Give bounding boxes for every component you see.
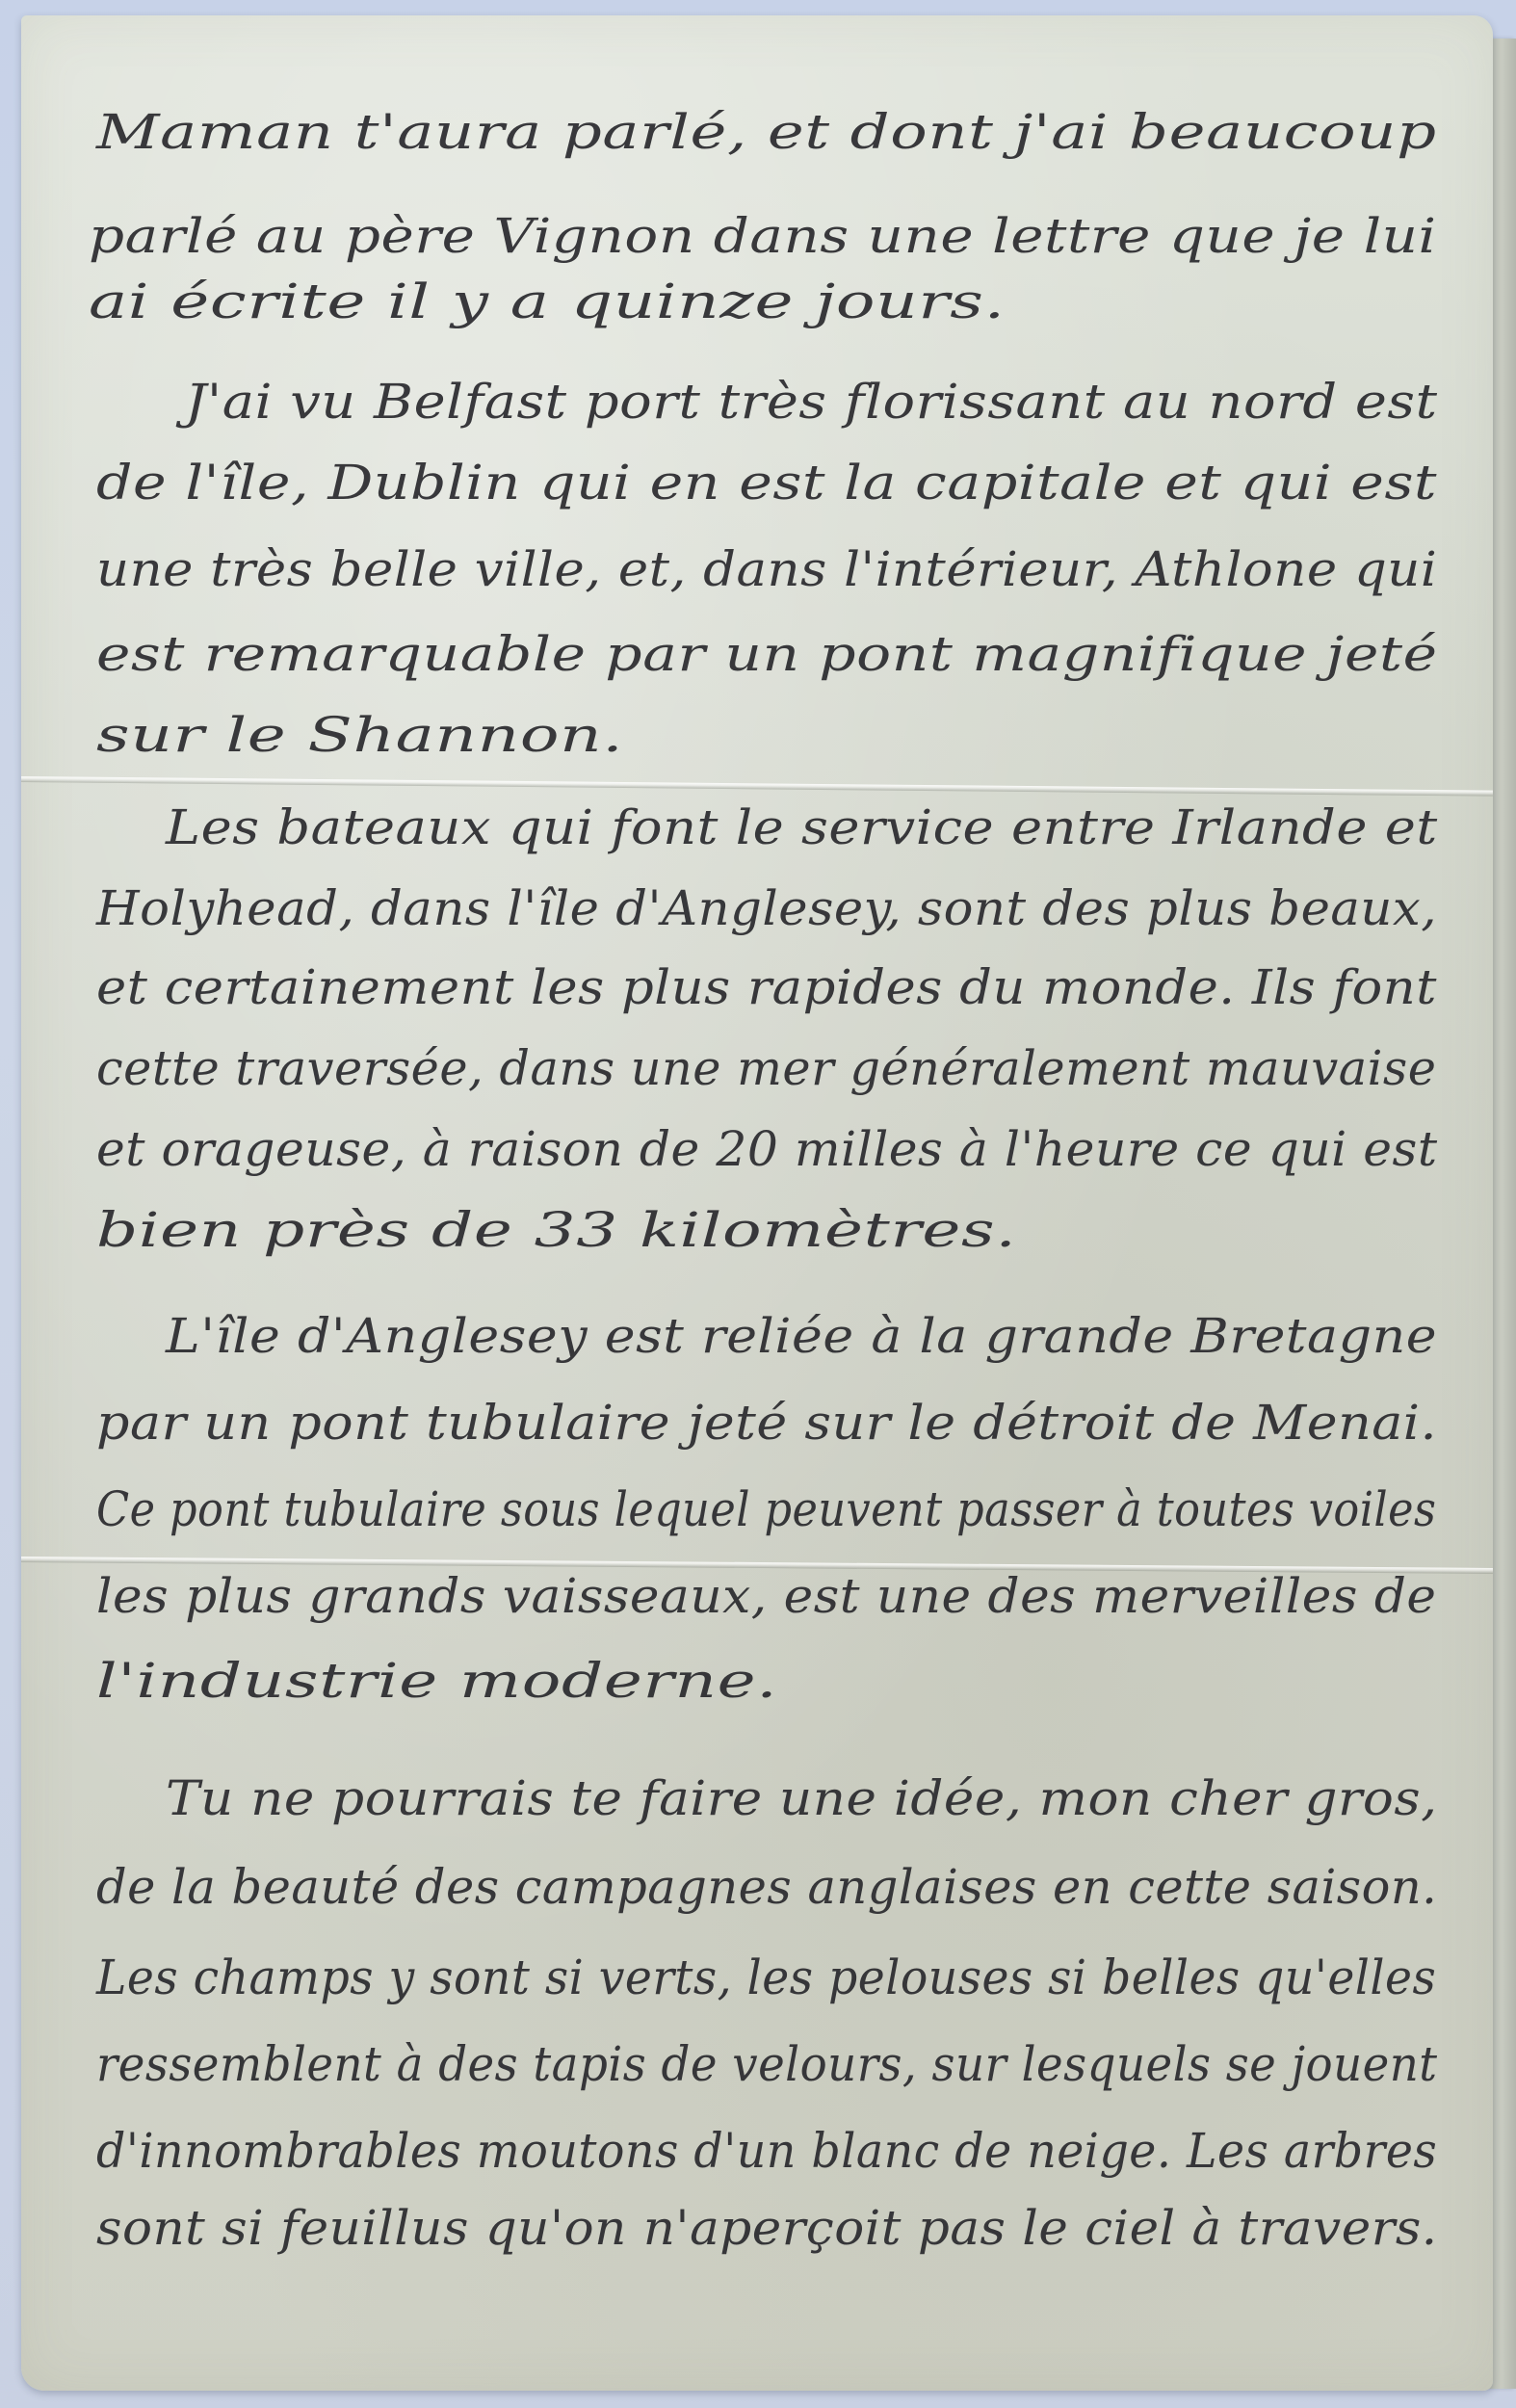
letter-line: cette traversée, dans une mer généraleme… [96,1040,1436,1096]
letter-line: bien près de 33 kilomètres. [96,1202,1016,1258]
letter-line: une très belle ville, et, dans l'intérie… [96,541,1437,597]
letter-line: Maman t'aura parlé, et dont j'ai beaucou… [96,104,1437,160]
letter-line: par un pont tubulaire jeté sur le détroi… [96,1395,1437,1451]
letter-line: et certainement les plus rapides du mond… [96,959,1437,1015]
letter-line: les plus grands vaisseaux, est une des m… [96,1568,1436,1624]
letter-line: sont si feuillus qu'on n'aperçoit pas le… [96,2200,1438,2256]
letter-line: et orageuse, à raison de 20 milles à l'h… [96,1121,1438,1177]
letter-line: Ce pont tubulaire sous lequel peuvent pa… [96,1481,1436,1537]
letter-line: J'ai vu Belfast port très florissant au … [185,374,1438,430]
letter-line: Les champs y sont si verts, les pelouses… [96,1950,1436,2005]
letter-line: Les bateaux qui font le service entre Ir… [166,799,1438,855]
letter-line: de la beauté des campagnes anglaises en … [96,1859,1437,1915]
letter-line: L'île d'Anglesey est reliée à la grande … [166,1308,1437,1364]
letter-page: Maman t'aura parlé, et dont j'ai beaucou… [21,15,1493,2391]
letter-line: est remarquable par un pont magnifique j… [96,626,1438,682]
letter-line: d'innombrables moutons d'un blanc de nei… [96,2123,1437,2179]
letter-line: ressemblent à des tapis de velours, sur … [96,2036,1438,2092]
letter-line: Holyhead, dans l'île d'Anglesey, sont de… [96,880,1437,936]
letter-line: ai écrite il y a quinze jours. [89,274,1006,329]
letter-line: sur le Shannon. [96,707,623,763]
letter-line: Tu ne pourrais te faire une idée, mon ch… [166,1770,1438,1826]
letter-line: parlé au père Vignon dans une lettre que… [89,208,1437,264]
letter-line: de l'île, Dublin qui en est la capitale … [96,455,1437,510]
letter-line: l'industrie moderne. [96,1653,777,1709]
letter-text: Maman t'aura parlé, et dont j'ai beaucou… [21,15,1493,2391]
